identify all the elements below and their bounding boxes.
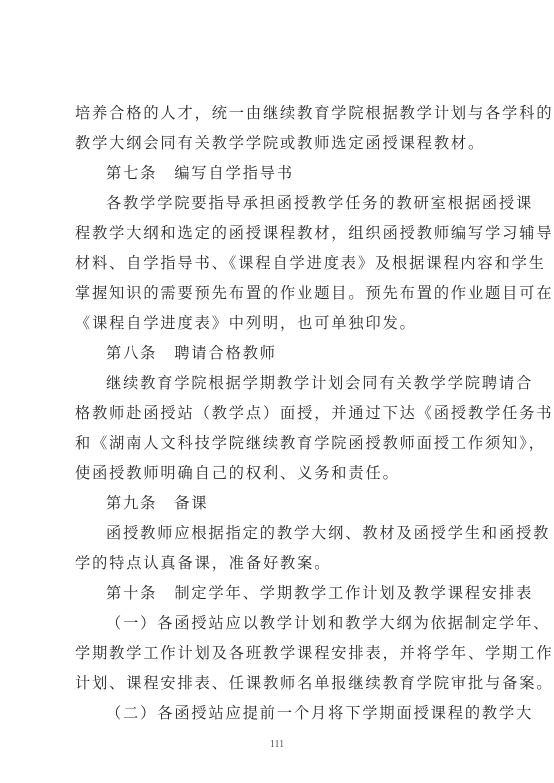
article-heading: 第八条 聘请合格教师: [106, 343, 516, 363]
text-line: 函授教师应根据指定的教学大纲、教材及函授学生和函授教: [106, 523, 516, 543]
page-number: 111: [0, 739, 554, 750]
text-line: 培养合格的人才，统一由继续教育学院根据教学计划与各学科的: [75, 103, 485, 123]
text-line: （一）各函授站应以教学计划和教学大纲为依据制定学年、: [106, 613, 516, 633]
text-line: 使函授教师明确自己的权利、义务和责任。: [75, 463, 485, 483]
text-line: 学的特点认真备课，准备好教案。: [75, 553, 485, 573]
text-line: 继续教育学院根据学期教学计划会同有关教学学院聘请合: [106, 373, 516, 393]
text-line: 程教学大纲和选定的函授课程教材，组织函授教师编写学习辅导: [75, 223, 485, 243]
text-line: 学期教学工作计划及各班教学课程安排表，并将学年、学期工作: [75, 643, 485, 663]
article-heading: 第九条 备课: [106, 493, 516, 513]
text-line: 材料、自学指导书、《课程自学进度表》及根据课程内容和学生: [75, 253, 485, 273]
article-heading: 第十条 制定学年、学期教学工作计划及教学课程安排表: [106, 583, 516, 603]
text-line: 格教师赴函授站（教学点）面授，并通过下达《函授教学任务书》: [75, 403, 485, 423]
article-heading: 第七条 编写自学指导书: [106, 163, 516, 183]
text-line: 计划、课程安排表、任课教师名单报继续教育学院审批与备案。: [75, 673, 485, 693]
text-line: 教学大纲会同有关教学学院或教师选定函授课程教材。: [75, 133, 485, 153]
text-line: 各教学学院要指导承担函授教学任务的教研室根据函授课: [106, 193, 516, 213]
text-line: （二）各函授站应提前一个月将下学期面授课程的教学大: [106, 703, 516, 723]
text-line: 和《湖南人文科技学院继续教育学院函授教师面授工作须知》，: [75, 433, 485, 453]
text-line: 《课程自学进度表》中列明，也可单独印发。: [75, 313, 485, 333]
document-page: 培养合格的人才，统一由继续教育学院根据教学计划与各学科的 教学大纲会同有关教学学…: [0, 0, 554, 783]
text-line: 掌握知识的需要预先布置的作业题目。预先布置的作业题目可在: [75, 283, 485, 303]
